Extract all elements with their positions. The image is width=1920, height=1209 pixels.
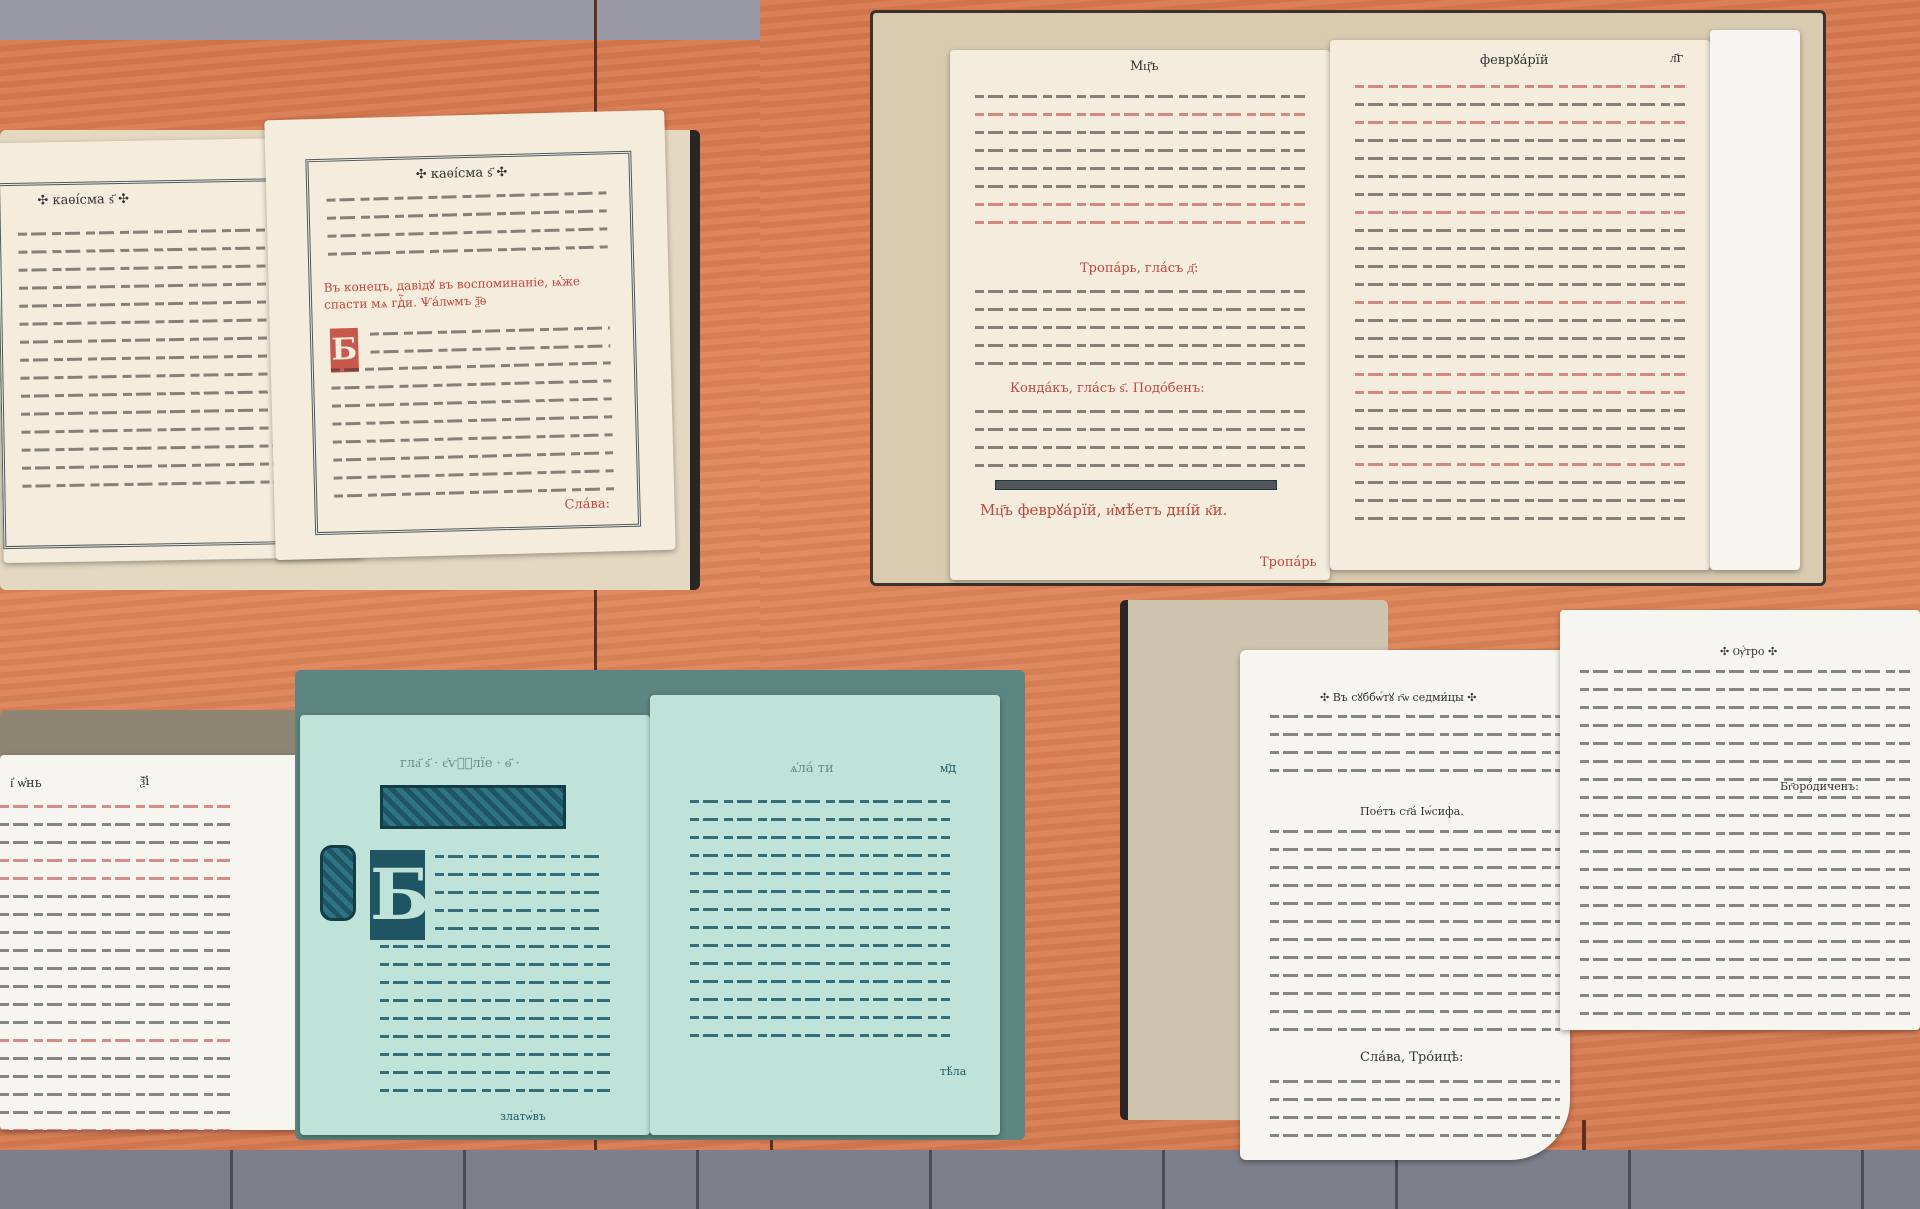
right-page: ✣ каѳі́сма ѕ҃ ✣ Въ конецъ, давідꙋ въ вос… [264,110,675,560]
catchword: тѣ́ла [940,1065,966,1078]
page-number: ѯ҃і [140,773,149,789]
page-header: ✣ Ѹ҆́тро ✣ [1720,645,1777,658]
page-header: ѧ҆ла́ ти [790,760,834,776]
rubric: Конда́къ, гла́съ ѕ҃. Подо́бенъ: [1010,380,1205,396]
drop-cap: Б [370,850,425,940]
page-header: ✣ каѳі́сма ѕ҃ ✣ [37,191,129,209]
book-psalter-top-left: ✣ каѳі́сма ѕ҃ ✣ ✣ каѳі́сма ѕ҃ ✣ Въ конец… [0,80,700,600]
right-page: ✣ Ѹ҆́тро ✣ Бг҃оро́диченъ: [1560,610,1920,1030]
rubric: Тропа́рь, гла́съ д҃: [1080,260,1198,276]
catchword: Тропа́рь [1260,555,1317,570]
loose-sheets [1710,30,1800,570]
rubric: Бг҃оро́диченъ: [1780,780,1859,793]
right-page: феврꙋа́рїй л҃г [1330,40,1710,570]
closing-word: Сла́ва: [564,496,610,512]
month-title: Мц҃ъ феврꙋа́рїй, и҆мѣ́етъ дні́й к҃и. [980,500,1227,520]
page-header: гла҃ ѕ҃ · є҆ѵⷢ҇лїе · ѳ҃ · [400,755,520,771]
page-header: феврꙋа́рїй [1480,50,1549,68]
drop-cap: Б [330,328,359,373]
right-page: ѧ҆ла́ ти м҃д тѣ́ла [650,695,1000,1135]
page-header: і҆ ѡ҆нь [10,775,42,791]
ornament-band [995,480,1277,490]
page-header: Мц҃ъ [1130,58,1159,74]
book-octoechos-bottom-right: ✣ Въ сꙋббѡ́тꙋ г҃ѡ седми́цы ✣ Пое́тъ ст҃а… [1120,580,1920,1180]
page: і҆ ѡ҆нь ѯ҃і [0,755,300,1130]
page-header: ✣ каѳі́сма ѕ҃ ✣ [416,164,508,182]
book-gospel-mint: гла҃ ѕ҃ · є҆ѵⷢ҇лїе · ѳ҃ · Б златѡ́въ ѧ҆л… [290,660,1030,1140]
headpiece-ornament [380,785,566,829]
left-page: Мц҃ъ Тропа́рь, гла́съ д҃: Конда́къ, гла́… [950,50,1330,580]
book-menaion-top-right: Мц҃ъ Тропа́рь, гла́съ д҃: Конда́къ, гла́… [870,10,1830,590]
side-ornament [320,845,356,921]
page-number: м҃д [940,760,956,776]
left-page: гла҃ ѕ҃ · є҆ѵⷢ҇лїе · ѳ҃ · Б златѡ́въ [300,715,650,1135]
rubric: Сла́ва, Тро́ицѣ: [1360,1050,1463,1065]
left-page-curved: ✣ Въ сꙋббѡ́тꙋ г҃ѡ седми́цы ✣ Пое́тъ ст҃а… [1240,650,1570,1160]
rubric: Пое́тъ ст҃а́ Іѡ́сифа. [1360,805,1464,818]
catchword: златѡ́въ [500,1110,546,1123]
page-header: ✣ Въ сꙋббѡ́тꙋ г҃ѡ седми́цы ✣ [1320,690,1476,705]
page-number: л҃г [1670,50,1683,66]
